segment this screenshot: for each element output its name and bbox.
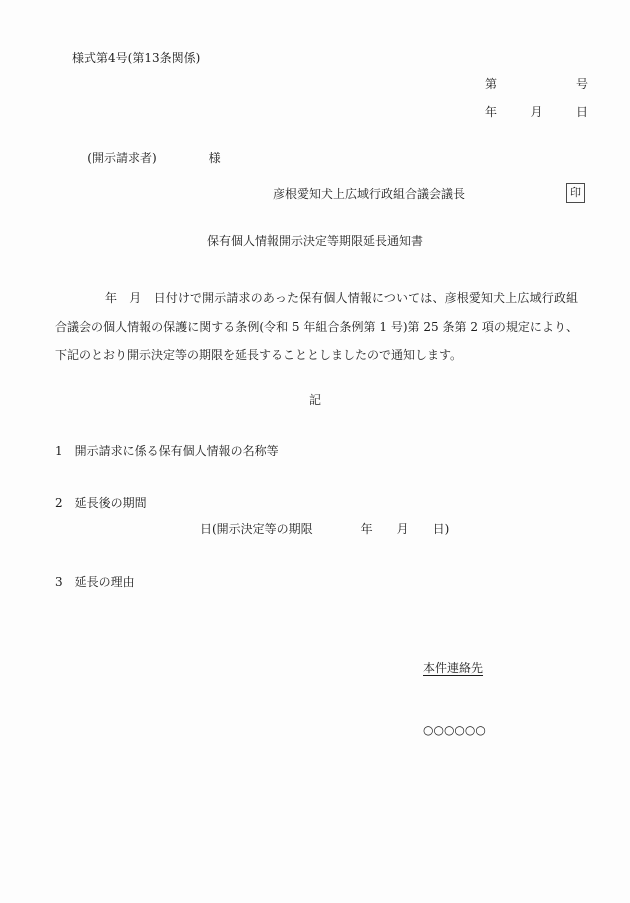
document-number-line: 第 号 <box>485 76 588 93</box>
document-page: 様式第4号(第13条関係) 第 号 年 月 日 (開示請求者)様 彦根愛知犬上広… <box>0 0 630 903</box>
item-3-heading: 3 延長の理由 <box>55 574 135 591</box>
form-number: 様式第4号(第13条関係) <box>72 50 200 67</box>
date-month-label: 月 <box>530 104 542 121</box>
ki-marker: 記 <box>0 392 630 409</box>
item-2-heading: 2 延長後の期間 <box>55 495 147 512</box>
seal-mark: 印 <box>566 183 585 203</box>
item-2-period-detail: 日(開示決定等の期限 年 月 日) <box>200 521 449 538</box>
body-line-1: 年 月 日付けで開示請求のあった保有個人情報については、彦根愛知犬上広域行政組 <box>55 284 578 313</box>
body-line-3: 下記のとおり開示決定等の期限を延長することとしましたので通知します。 <box>55 341 578 370</box>
addressee-line: (開示請求者)様 <box>72 133 221 184</box>
addressee-honorific: 様 <box>209 151 221 165</box>
date-year-label: 年 <box>485 104 497 121</box>
date-day-label: 日 <box>576 104 588 121</box>
date-line: 年 月 日 <box>485 104 588 121</box>
contact-value: ○○○○○○ <box>423 722 486 739</box>
issuer-title: 彦根愛知犬上広域行政組合議会議長 <box>273 186 465 203</box>
contact-label: 本件連絡先 <box>423 660 486 677</box>
contact-section: 本件連絡先 ○○○○○○ <box>423 626 486 773</box>
body-paragraph: 年 月 日付けで開示請求のあった保有個人情報については、彦根愛知犬上広域行政組 … <box>55 284 578 370</box>
item-1-heading: 1 開示請求に係る保有個人情報の名称等 <box>55 443 279 460</box>
document-number-prefix: 第 <box>485 76 497 93</box>
body-line-2: 合議会の個人情報の保護に関する条例(令和 5 年組合条例第 1 号)第 25 条… <box>55 313 578 342</box>
document-number-suffix: 号 <box>576 76 588 93</box>
addressee-placeholder: (開示請求者) <box>87 151 156 165</box>
document-title: 保有個人情報開示決定等期限延長通知書 <box>0 233 630 250</box>
